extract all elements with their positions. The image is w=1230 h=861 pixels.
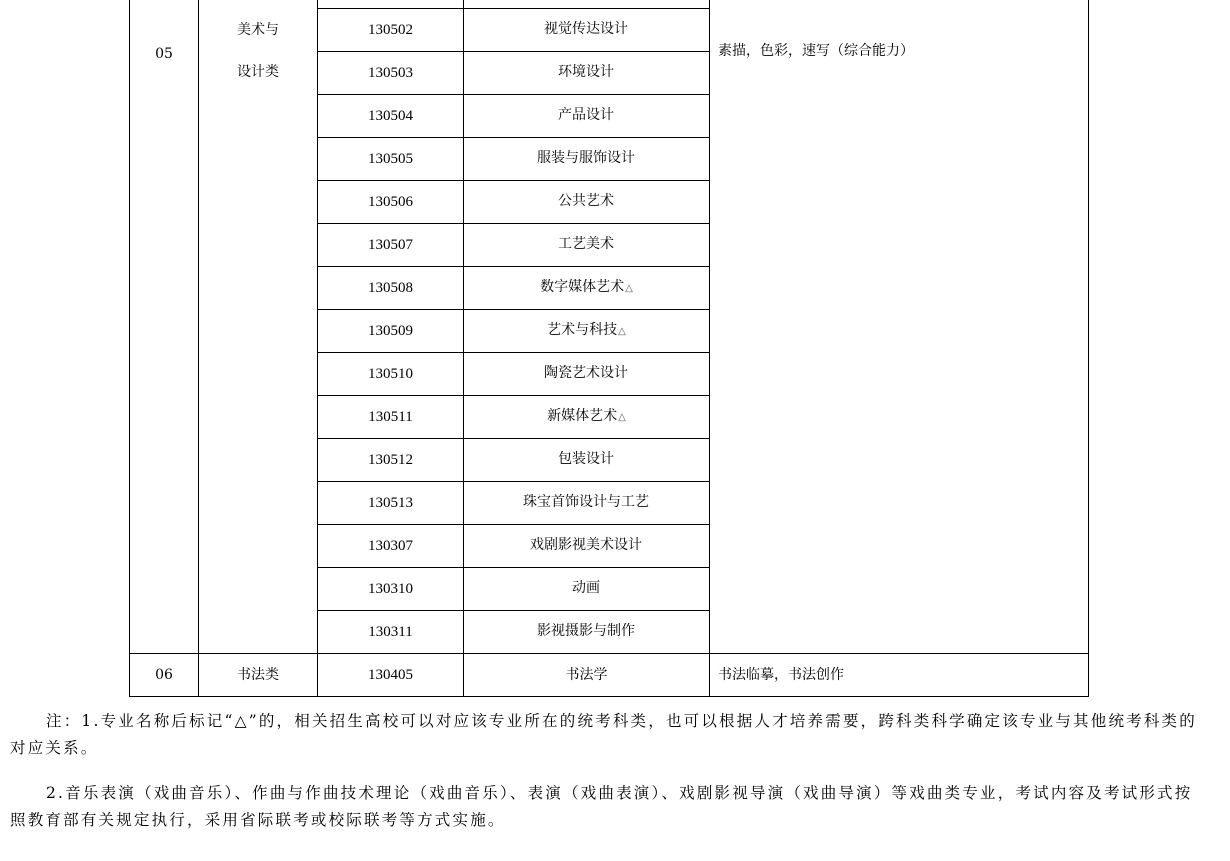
table-row: 06书法类130405书法学书法临摹，书法创作	[130, 654, 1089, 697]
major-name: 环境设计	[464, 52, 710, 95]
exam-requirement: 素描，色彩，速写（综合能力）	[710, 0, 1089, 654]
major-name-text: 服装与服饰设计	[537, 150, 635, 166]
major-name: 珠宝首饰设计与工艺	[464, 482, 710, 525]
group-category: 书法类	[199, 654, 318, 697]
major-code	[318, 0, 464, 9]
major-code: 130511	[318, 396, 464, 439]
major-name: 视觉传达设计	[464, 9, 710, 52]
major-name-text: 陶瓷艺术设计	[544, 365, 628, 381]
major-name: 书法学	[464, 654, 710, 697]
major-name-text: 工艺美术	[558, 236, 614, 252]
major-name: 陶瓷艺术设计	[464, 353, 710, 396]
category-line: 美术与	[199, 9, 317, 51]
major-name: 公共艺术	[464, 181, 710, 224]
major-name: 艺术与科技△	[464, 310, 710, 353]
major-code: 130512	[318, 439, 464, 482]
triangle-mark-icon: △	[618, 412, 626, 423]
note-1: 注：1.专业名称后标记“△”的，相关招生高校可以对应该专业所在的统考科类，也可以…	[10, 708, 1202, 762]
major-name: 工艺美术	[464, 224, 710, 267]
major-code: 130510	[318, 353, 464, 396]
group-id: 06	[130, 654, 199, 697]
major-name-text: 新媒体艺术	[547, 408, 617, 424]
major-name-text: 产品设计	[558, 107, 614, 123]
triangle-mark-icon: △	[625, 283, 633, 294]
major-code: 130508	[318, 267, 464, 310]
major-name: 服装与服饰设计	[464, 138, 710, 181]
major-name: 动画	[464, 568, 710, 611]
major-name-text: 公共艺术	[558, 193, 614, 209]
major-code: 130506	[318, 181, 464, 224]
major-name	[464, 0, 710, 9]
major-name-text: 包装设计	[558, 451, 614, 467]
major-name-text: 环境设计	[558, 64, 614, 80]
group-category: 美术与设计类	[199, 0, 318, 654]
major-code: 130503	[318, 52, 464, 95]
major-code: 130504	[318, 95, 464, 138]
major-name: 新媒体艺术△	[464, 396, 710, 439]
major-name-text: 数字媒体艺术	[540, 279, 624, 295]
major-name: 产品设计	[464, 95, 710, 138]
major-code: 130507	[318, 224, 464, 267]
major-name: 影视摄影与制作	[464, 611, 710, 654]
major-name: 戏剧影视美术设计	[464, 525, 710, 568]
triangle-mark-icon: △	[618, 326, 626, 337]
majors-table: 05美术与设计类素描，色彩，速写（综合能力）130502视觉传达设计130503…	[129, 0, 1089, 697]
major-code: 130311	[318, 611, 464, 654]
notes-section: 注：1.专业名称后标记“△”的，相关招生高校可以对应该专业所在的统考科类，也可以…	[10, 708, 1202, 852]
major-code: 130502	[318, 9, 464, 52]
major-name: 包装设计	[464, 439, 710, 482]
category-line: 设计类	[199, 51, 317, 93]
major-code: 130307	[318, 525, 464, 568]
major-code: 130509	[318, 310, 464, 353]
major-name-text: 视觉传达设计	[544, 21, 628, 37]
major-name: 数字媒体艺术△	[464, 267, 710, 310]
note-2: 2.音乐表演（戏曲音乐）、作曲与作曲技术理论（戏曲音乐）、表演（戏曲表演）、戏剧…	[10, 780, 1202, 834]
exam-requirement: 书法临摹，书法创作	[710, 654, 1089, 697]
major-name-text: 艺术与科技	[547, 322, 617, 338]
major-name-text: 戏剧影视美术设计	[530, 537, 642, 553]
major-code: 130310	[318, 568, 464, 611]
major-name-text: 影视摄影与制作	[537, 623, 635, 639]
major-code: 130405	[318, 654, 464, 697]
major-name-text: 动画	[572, 580, 600, 596]
group-id: 05	[130, 0, 199, 654]
major-code: 130505	[318, 138, 464, 181]
major-code: 130513	[318, 482, 464, 525]
table-row: 05美术与设计类素描，色彩，速写（综合能力）	[130, 0, 1089, 9]
major-name-text: 珠宝首饰设计与工艺	[523, 494, 649, 510]
